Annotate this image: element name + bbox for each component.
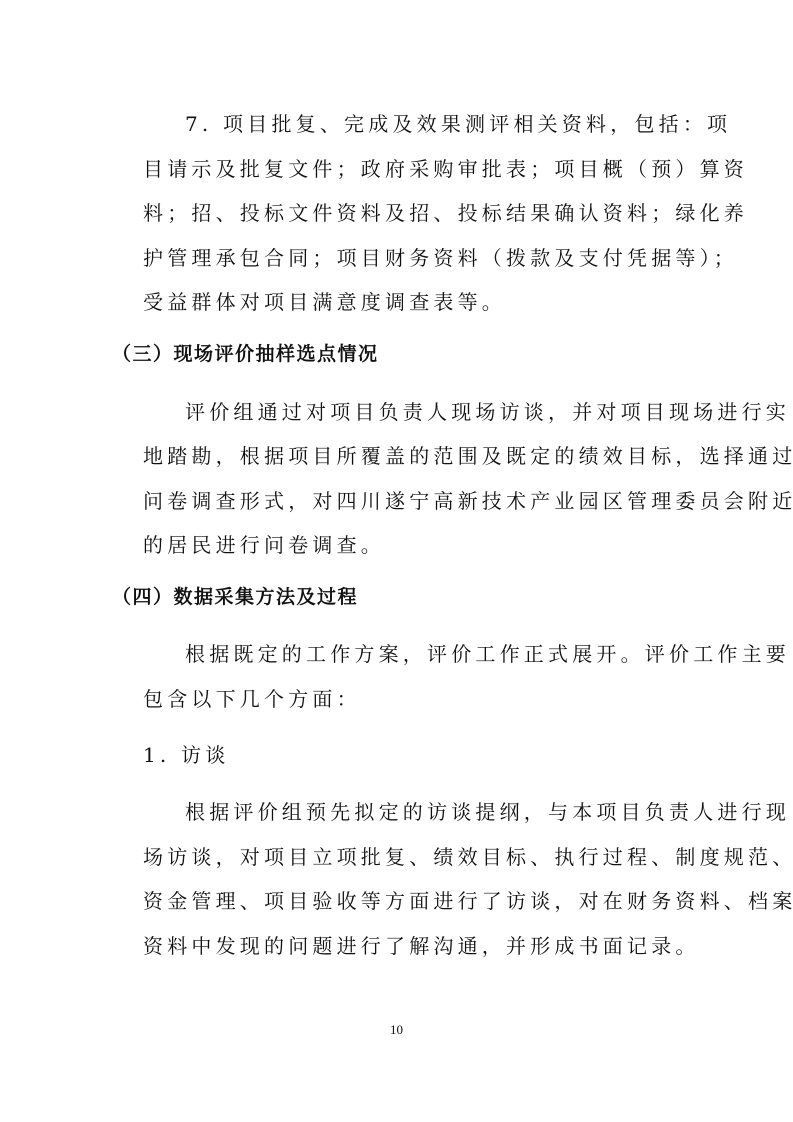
section4-intro-line-2: 包含以下几个方面： — [143, 685, 683, 713]
interview-line-1: 根据评价组预先拟定的访谈提纲，与本项目负责人进行现 — [185, 798, 725, 826]
section3-line-3: 问卷调查形式，对四川遂宁高新技术产业园区管理委员会附近 — [143, 487, 683, 515]
interview-line-2: 场访谈，对项目立项批复、绩效目标、执行过程、制度规范、 — [143, 843, 683, 871]
section3-line-2: 地踏勘，根据项目所覆盖的范围及既定的绩效目标，选择通过 — [143, 442, 683, 470]
section3-line-4: 的居民进行问卷调查。 — [143, 531, 683, 559]
item7-line-1: 7. 项目批复、完成及效果测评相关资料，包括：项 — [185, 110, 725, 138]
page-number: 10 — [0, 1022, 793, 1038]
item7-line-3: 料；招、投标文件资料及招、投标结果确认资料；绿化养 — [143, 199, 683, 227]
interview-line-4: 资料中发现的问题进行了解沟通，并形成书面记录。 — [143, 932, 683, 960]
section-heading-3: （三）现场评价抽样选点情况 — [112, 340, 652, 368]
section4-intro-line-1: 根据既定的工作方案，评价工作正式展开。评价工作主要 — [185, 640, 725, 668]
item7-line-4: 护管理承包合同；项目财务资料（拨款及支付凭据等）； — [143, 244, 683, 272]
section-heading-4: （四）数据采集方法及过程 — [112, 583, 652, 611]
item7-line-2: 目请示及批复文件；政府采购审批表；项目概（预）算资 — [143, 155, 683, 183]
section3-line-1: 评价组通过对项目负责人现场访谈，并对项目现场进行实 — [185, 398, 725, 426]
subsection-title-interview: 1. 访谈 — [143, 741, 683, 769]
interview-line-3: 资金管理、项目验收等方面进行了访谈，对在财务资料、档案 — [143, 887, 683, 915]
item7-line-5: 受益群体对项目满意度调查表等。 — [143, 288, 683, 316]
